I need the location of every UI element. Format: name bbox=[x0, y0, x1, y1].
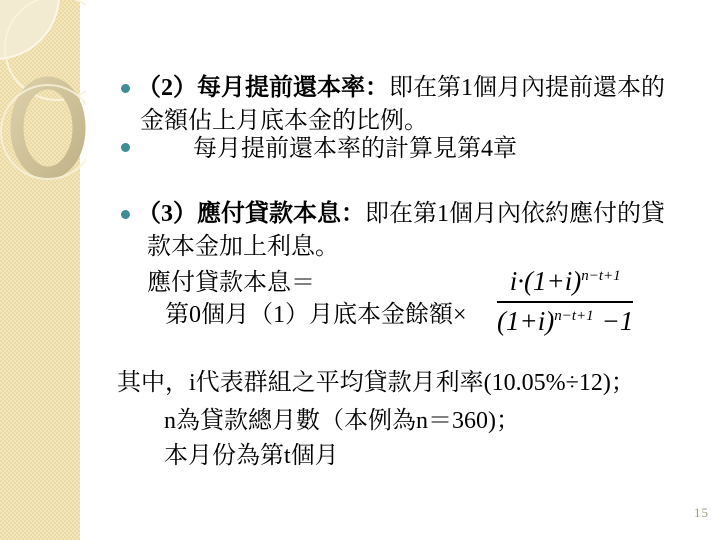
formula: i·(1+i)n−t+1 (1+i)n−t+1−1 bbox=[497, 266, 633, 337]
formula-intro: 應付貸款本息＝ bbox=[147, 267, 315, 300]
fraction: i·(1+i)n−t+1 (1+i)n−t+1−1 bbox=[497, 266, 633, 337]
page-number: 15 bbox=[694, 505, 709, 521]
numerator-exponent: n−t+1 bbox=[581, 268, 620, 284]
formula-intro-text: 應付貸款本息＝ bbox=[147, 270, 315, 296]
sidebar-circles-decoration bbox=[0, 0, 86, 540]
note-line-1-text: 其中，i代表群組之平均貸款月利率(10.05%÷12)； bbox=[117, 370, 635, 396]
bullet3-line2: 款本金加上利息。 bbox=[147, 231, 665, 264]
bullet2-line: 每月提前還本率的計算見第4章 bbox=[193, 133, 517, 166]
bullet-dot-icon bbox=[121, 210, 130, 219]
bullet-item-3: （3）應付貸款本息：即在第1個月內依約應付的貸 款本金加上利息。 bbox=[112, 198, 665, 264]
bullet-dot-icon bbox=[121, 143, 130, 152]
bullet3-line2-text: 款本金加上利息。 bbox=[147, 234, 339, 260]
note-line-1: 其中，i代表群組之平均貸款月利率(10.05%÷12)； bbox=[117, 368, 635, 398]
bullet3-line1-text: 即在第1個月內依約應付的貸 bbox=[365, 201, 665, 227]
bullet1-line1: （2）每月提前還本率：即在第1個月內提前還本的 bbox=[137, 72, 665, 105]
formula-lead-text: 第0個月（1）月底本金餘額× bbox=[165, 302, 467, 328]
fraction-denominator: (1+i)n−t+1−1 bbox=[497, 303, 633, 337]
bullet3-bold-text: （3）應付貸款本息： bbox=[137, 201, 365, 227]
bullet-item-note: 每月提前還本率的計算見第4章 bbox=[112, 133, 517, 166]
note-line-3: 本月份為第t個月 bbox=[164, 441, 339, 471]
bullet1-bold-text: （2）每月提前還本率： bbox=[137, 75, 389, 101]
denominator-base: (1+i) bbox=[497, 306, 554, 336]
sidebar-decoration bbox=[0, 0, 80, 540]
ring-decoration bbox=[17, 83, 79, 173]
formula-lead: 第0個月（1）月底本金餘額× bbox=[165, 299, 467, 332]
note-line-2-text: n為貸款總月數（本例為n＝360)； bbox=[164, 408, 520, 434]
fraction-numerator: i·(1+i)n−t+1 bbox=[497, 266, 633, 303]
bullet1-line2-text: 金額佔上月底本金的比例。 bbox=[140, 108, 428, 134]
note-line-2: n為貸款總月數（本例為n＝360)； bbox=[164, 406, 520, 436]
bullet3-line1: （3）應付貸款本息：即在第1個月內依約應付的貸 bbox=[137, 198, 665, 231]
numerator-base: i·(1+i) bbox=[510, 266, 581, 296]
bullet2-text: 每月提前還本率的計算見第4章 bbox=[193, 136, 517, 162]
denominator-tail: −1 bbox=[602, 306, 634, 336]
denominator-exponent: n−t+1 bbox=[554, 308, 593, 324]
bullet1-line1-text: 即在第1個月內提前還本的 bbox=[389, 75, 665, 101]
bullet-dot-icon bbox=[121, 84, 130, 93]
note-line-3-text: 本月份為第t個月 bbox=[164, 443, 339, 469]
slide: （2）每月提前還本率：即在第1個月內提前還本的 金額佔上月底本金的比例。 每月提… bbox=[0, 0, 720, 540]
bullet-item-2: （2）每月提前還本率：即在第1個月內提前還本的 金額佔上月底本金的比例。 bbox=[112, 72, 665, 138]
